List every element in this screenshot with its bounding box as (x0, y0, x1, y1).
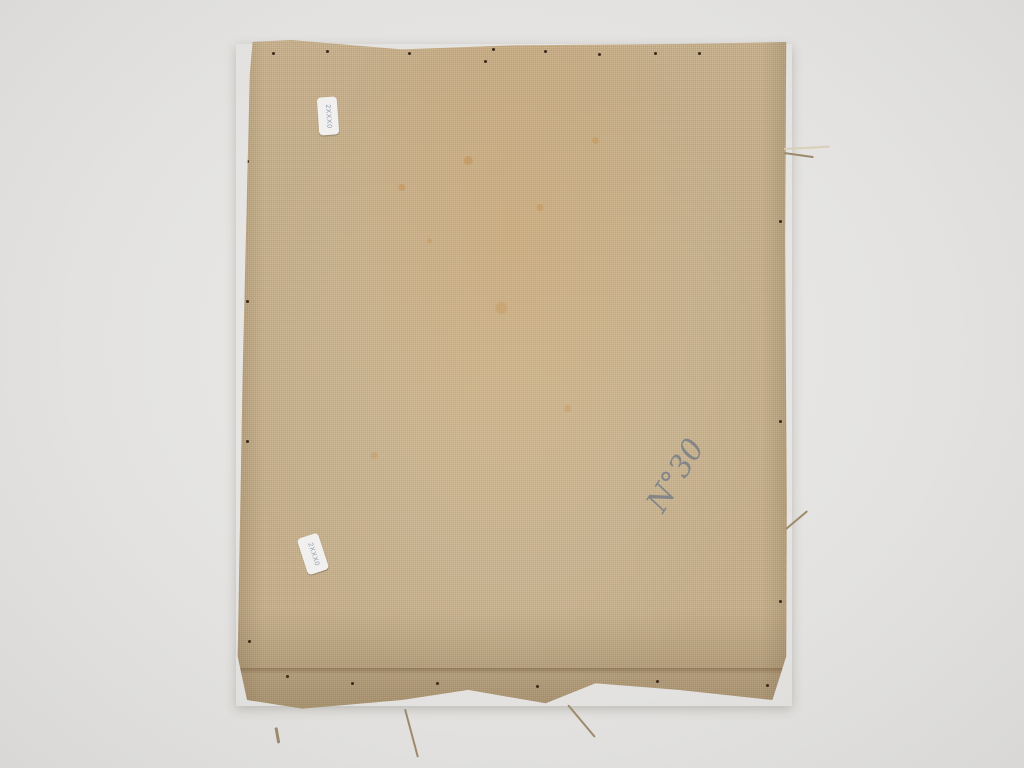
tack-hole (246, 300, 249, 303)
tack-hole (436, 682, 439, 685)
tack-hole (779, 600, 782, 603)
tack-hole (766, 684, 769, 687)
photo-scene: 2XXX0 2XXX0 N°30 (0, 0, 1024, 768)
loose-thread (275, 727, 281, 743)
canvas-fold (236, 668, 789, 674)
inventory-label-text: 2XXX0 (324, 104, 333, 129)
tack-hole (598, 53, 601, 56)
tack-hole (779, 420, 782, 423)
tack-hole (536, 685, 539, 688)
inventory-label-text: 2XXX0 (306, 541, 320, 566)
tack-hole (656, 680, 659, 683)
tack-hole (286, 675, 289, 678)
tack-hole (246, 440, 249, 443)
tack-hole (408, 52, 411, 55)
tack-hole (272, 52, 275, 55)
loose-thread (567, 704, 596, 737)
tack-hole (351, 682, 354, 685)
tack-hole (544, 50, 547, 53)
canvas-back (236, 40, 789, 710)
loose-thread (404, 709, 419, 758)
tack-hole (326, 50, 329, 53)
tack-hole (654, 52, 657, 55)
tack-hole (248, 640, 251, 643)
inventory-label: 2XXX0 (317, 96, 340, 135)
tack-hole (698, 52, 701, 55)
tack-hole (484, 60, 487, 63)
tack-hole (779, 220, 782, 223)
tack-hole (492, 48, 495, 51)
